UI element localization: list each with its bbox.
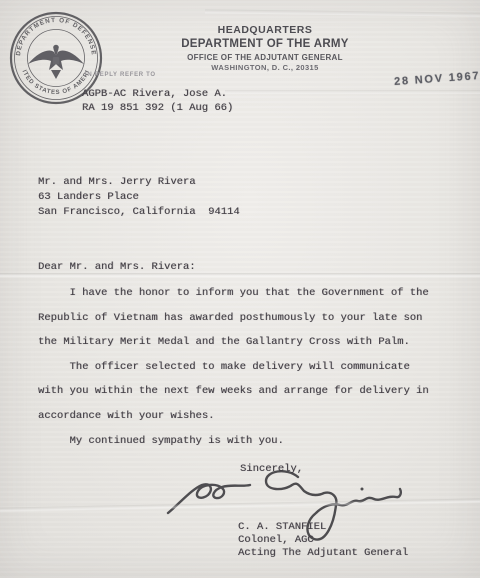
letterhead-office: OFFICE OF THE ADJUTANT GENERAL bbox=[140, 52, 390, 63]
reference-line-1: AGPB-AC Rivera, Jose A. bbox=[82, 88, 233, 102]
recipient-name: Mr. and Mrs. Jerry Rivera bbox=[38, 175, 240, 190]
reference-line-2: RA 19 851 392 (1 Aug 66) bbox=[82, 102, 233, 116]
salutation: Dear Mr. and Mrs. Rivera: bbox=[38, 261, 196, 273]
body-line: with you within the next few weeks and a… bbox=[38, 379, 458, 404]
signer-name: C. A. STANFIEL bbox=[238, 521, 408, 534]
eagle-icon bbox=[28, 45, 84, 79]
body-line: I have the honor to inform you that the … bbox=[38, 281, 458, 306]
reply-note: IN REPLY REFER TO bbox=[85, 72, 156, 78]
letterhead: HEADQUARTERS DEPARTMENT OF THE ARMY OFFI… bbox=[140, 23, 390, 73]
paper-crease bbox=[225, 90, 480, 94]
signature-block: C. A. STANFIEL Colonel, AGC Acting The A… bbox=[238, 521, 408, 561]
recipient-city: San Francisco, California 94114 bbox=[38, 205, 240, 220]
paper-crease bbox=[205, 9, 480, 16]
body-line: Republic of Vietnam has awarded posthumo… bbox=[38, 306, 458, 331]
body-line: My continued sympathy is with you. bbox=[38, 429, 458, 454]
body-line: accordance with your wishes. bbox=[38, 404, 458, 429]
date-stamp: 28 NOV 1967 bbox=[394, 70, 480, 88]
signer-title: Acting The Adjutant General bbox=[238, 547, 408, 560]
signer-rank: Colonel, AGC bbox=[238, 534, 408, 547]
recipient-street: 63 Landers Place bbox=[38, 190, 240, 205]
recipient-block: Mr. and Mrs. Jerry Rivera 63 Landers Pla… bbox=[38, 175, 240, 220]
body-line: The officer selected to make delivery wi… bbox=[38, 355, 458, 380]
paper-crease bbox=[0, 273, 480, 278]
reference-block: AGPB-AC Rivera, Jose A. RA 19 851 392 (1… bbox=[82, 88, 233, 115]
scanned-letter: DEPARTMENT OF DEFENSE UNITED STATES OF A… bbox=[0, 0, 480, 578]
body-line: the Military Merit Medal and the Gallant… bbox=[38, 330, 458, 355]
letterhead-department: DEPARTMENT OF THE ARMY bbox=[140, 37, 390, 52]
letterhead-headquarters: HEADQUARTERS bbox=[140, 23, 390, 37]
letter-body: I have the honor to inform you that the … bbox=[38, 281, 458, 453]
letterhead-city: WASHINGTON, D. C., 20315 bbox=[140, 63, 390, 73]
